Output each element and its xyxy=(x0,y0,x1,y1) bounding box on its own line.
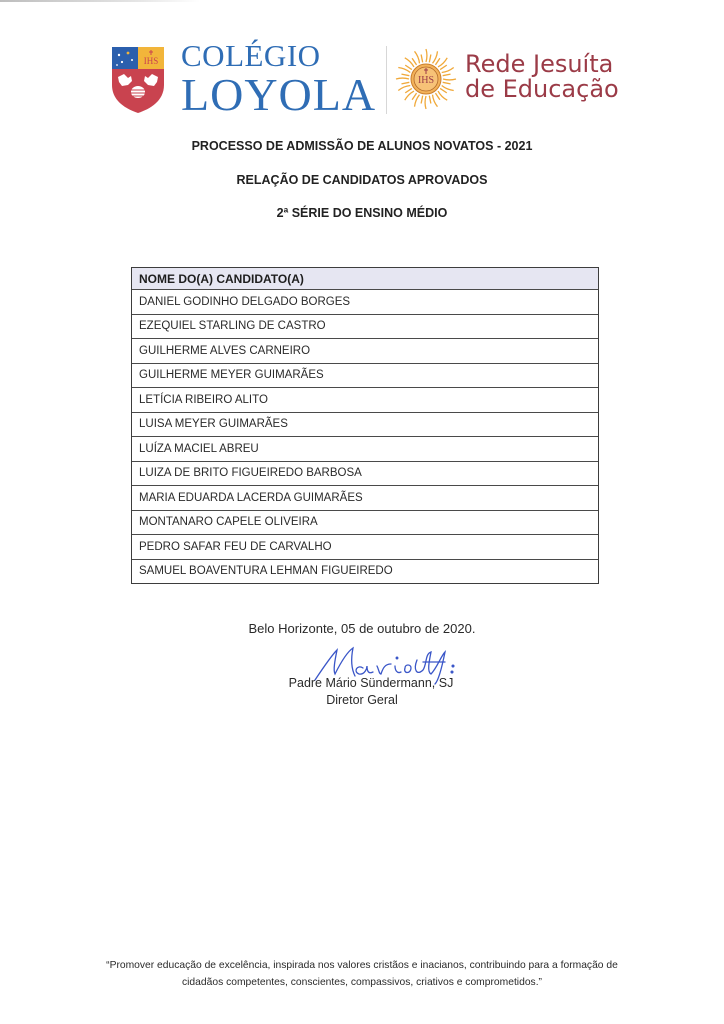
table-row: DANIEL GODINHO DELGADO BORGES xyxy=(132,289,598,314)
network-name: Rede Jesuíta de Educação xyxy=(465,52,619,101)
scan-edge-line xyxy=(0,0,200,2)
table-row: EZEQUIEL STARLING DE CASTRO xyxy=(132,314,598,339)
svg-text:IHS: IHS xyxy=(144,56,159,66)
jesuit-sun-emblem-icon: IHS xyxy=(394,47,458,111)
table-row: SAMUEL BOAVENTURA LEHMAN FIGUEIREDO xyxy=(132,559,598,584)
document-title: PROCESSO DE ADMISSÃO DE ALUNOS NOVATOS -… xyxy=(0,139,724,153)
school-name-line1: COLÉGIO xyxy=(181,40,376,71)
grade-level-title: 2ª SÉRIE DO ENSINO MÉDIO xyxy=(0,206,724,220)
logo-divider xyxy=(386,46,387,114)
table-row: LUISA MEYER GUIMARÃES xyxy=(132,412,598,437)
document-subtitle: RELAÇÃO DE CANDIDATOS APROVADOS xyxy=(0,173,724,187)
signer-block: Padre Mário Sündermann, SJ Diretor Geral xyxy=(0,675,724,709)
place-and-date: Belo Horizonte, 05 de outubro de 2020. xyxy=(0,621,724,636)
table-row: PEDRO SAFAR FEU DE CARVALHO xyxy=(132,534,598,559)
table-row: LUÍZA MACIEL ABREU xyxy=(132,436,598,461)
mission-line-1: “Promover educação de excelência, inspir… xyxy=(60,957,664,974)
table-row: GUILHERME MEYER GUIMARÃES xyxy=(132,363,598,388)
school-name-line2: LOYOLA xyxy=(181,72,376,118)
network-name-line2: de Educação xyxy=(465,77,619,101)
table-row: LETÍCIA RIBEIRO ALITO xyxy=(132,387,598,412)
svg-text:IHS: IHS xyxy=(418,75,434,86)
approved-candidates-table: NOME DO(A) CANDIDATO(A) DANIEL GODINHO D… xyxy=(131,267,599,584)
school-shield-icon: IHS xyxy=(110,45,166,115)
table-header: NOME DO(A) CANDIDATO(A) xyxy=(132,268,598,289)
mission-statement: “Promover educação de excelência, inspir… xyxy=(60,957,664,991)
signer-title: Diretor Geral xyxy=(0,692,724,709)
mission-line-2: cidadãos competentes, conscientes, compa… xyxy=(60,974,664,991)
network-name-line1: Rede Jesuíta xyxy=(465,52,619,76)
school-name: COLÉGIO LOYOLA xyxy=(181,40,376,118)
table-row: MARIA EDUARDA LACERDA GUIMARÃES xyxy=(132,485,598,510)
table-row: MONTANARO CAPELE OLIVEIRA xyxy=(132,510,598,535)
table-row: GUILHERME ALVES CARNEIRO xyxy=(132,338,598,363)
table-row: LUIZA DE BRITO FIGUEIREDO BARBOSA xyxy=(132,461,598,486)
signer-name: Padre Mário Sündermann, SJ xyxy=(0,675,724,692)
